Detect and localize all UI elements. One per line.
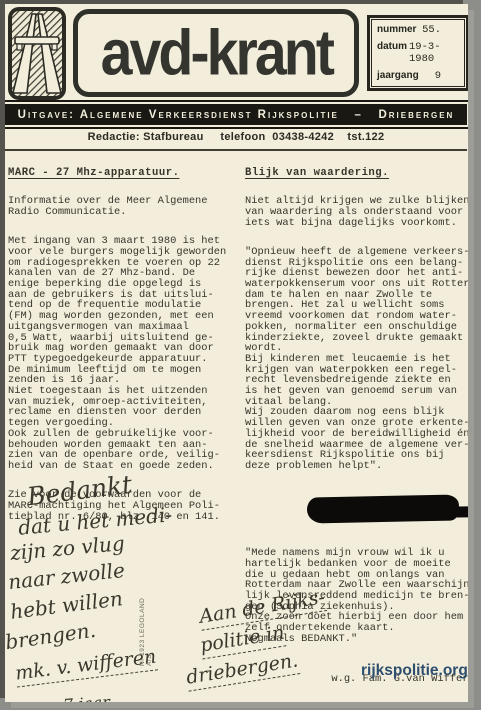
article-left-intro: Informatie over de Meer Algemene Radio C… bbox=[8, 196, 244, 217]
issue-volume-row: jaargang 9 bbox=[377, 70, 459, 82]
motorway-icon bbox=[8, 7, 66, 100]
issue-number-row: nummer 55. bbox=[377, 24, 459, 36]
newsletter-page: avd-krant nummer 55. datum 19-3-1980 jaa… bbox=[5, 4, 468, 702]
site-watermark: rijkspolitie.org bbox=[361, 662, 468, 680]
newsletter-title: avd-krant bbox=[100, 16, 331, 89]
article-left-heading: MARC - 27 Mhz-apparatuur. bbox=[8, 168, 244, 179]
issue-date-row: datum 19-3-1980 bbox=[377, 41, 459, 65]
article-left-body: Met ingang van 3 maart 1980 is het voor … bbox=[8, 236, 244, 471]
article-right-intro: Niet altijd krijgen we zulke blijken van… bbox=[245, 196, 468, 228]
masthead-title-box: avd-krant bbox=[73, 9, 359, 97]
redaction-blob-tail bbox=[440, 506, 468, 518]
issue-info-inner: nummer 55. datum 19-3-1980 jaargang 9 bbox=[371, 19, 465, 87]
publisher-bar: Uitgave: Algemene Verkeersdienst Rijkspo… bbox=[5, 104, 467, 125]
issue-number-label: nummer bbox=[377, 24, 416, 35]
redactie-line: Redactie: Stafbureau telefoon 03438-4242… bbox=[5, 131, 467, 143]
issue-volume-label: jaargang bbox=[377, 70, 419, 81]
postcard-print-text: Nr 1923 LEGOLAND A/S bbox=[139, 586, 153, 666]
issue-number-value: 55. bbox=[422, 24, 441, 36]
article-right-heading: Blijk van waardering. bbox=[245, 168, 468, 179]
redacted-text bbox=[245, 494, 468, 530]
redaction-blob bbox=[307, 495, 460, 524]
issue-info-box: nummer 55. datum 19-3-1980 jaargang 9 bbox=[367, 15, 468, 91]
article-right-body: "Opnieuw heeft de algemene verkeers- die… bbox=[245, 247, 468, 472]
issue-volume-value: 9 bbox=[435, 70, 441, 82]
handwritten-signature: mk. v. wifferen bbox=[14, 645, 158, 687]
header-divider bbox=[5, 149, 467, 151]
issue-date-value: 19-3-1980 bbox=[409, 41, 459, 65]
handwritten-line: brengen. bbox=[5, 618, 97, 654]
issue-date-label: datum bbox=[377, 41, 407, 52]
handwritten-line-clipped: 7 jaar bbox=[62, 692, 110, 702]
